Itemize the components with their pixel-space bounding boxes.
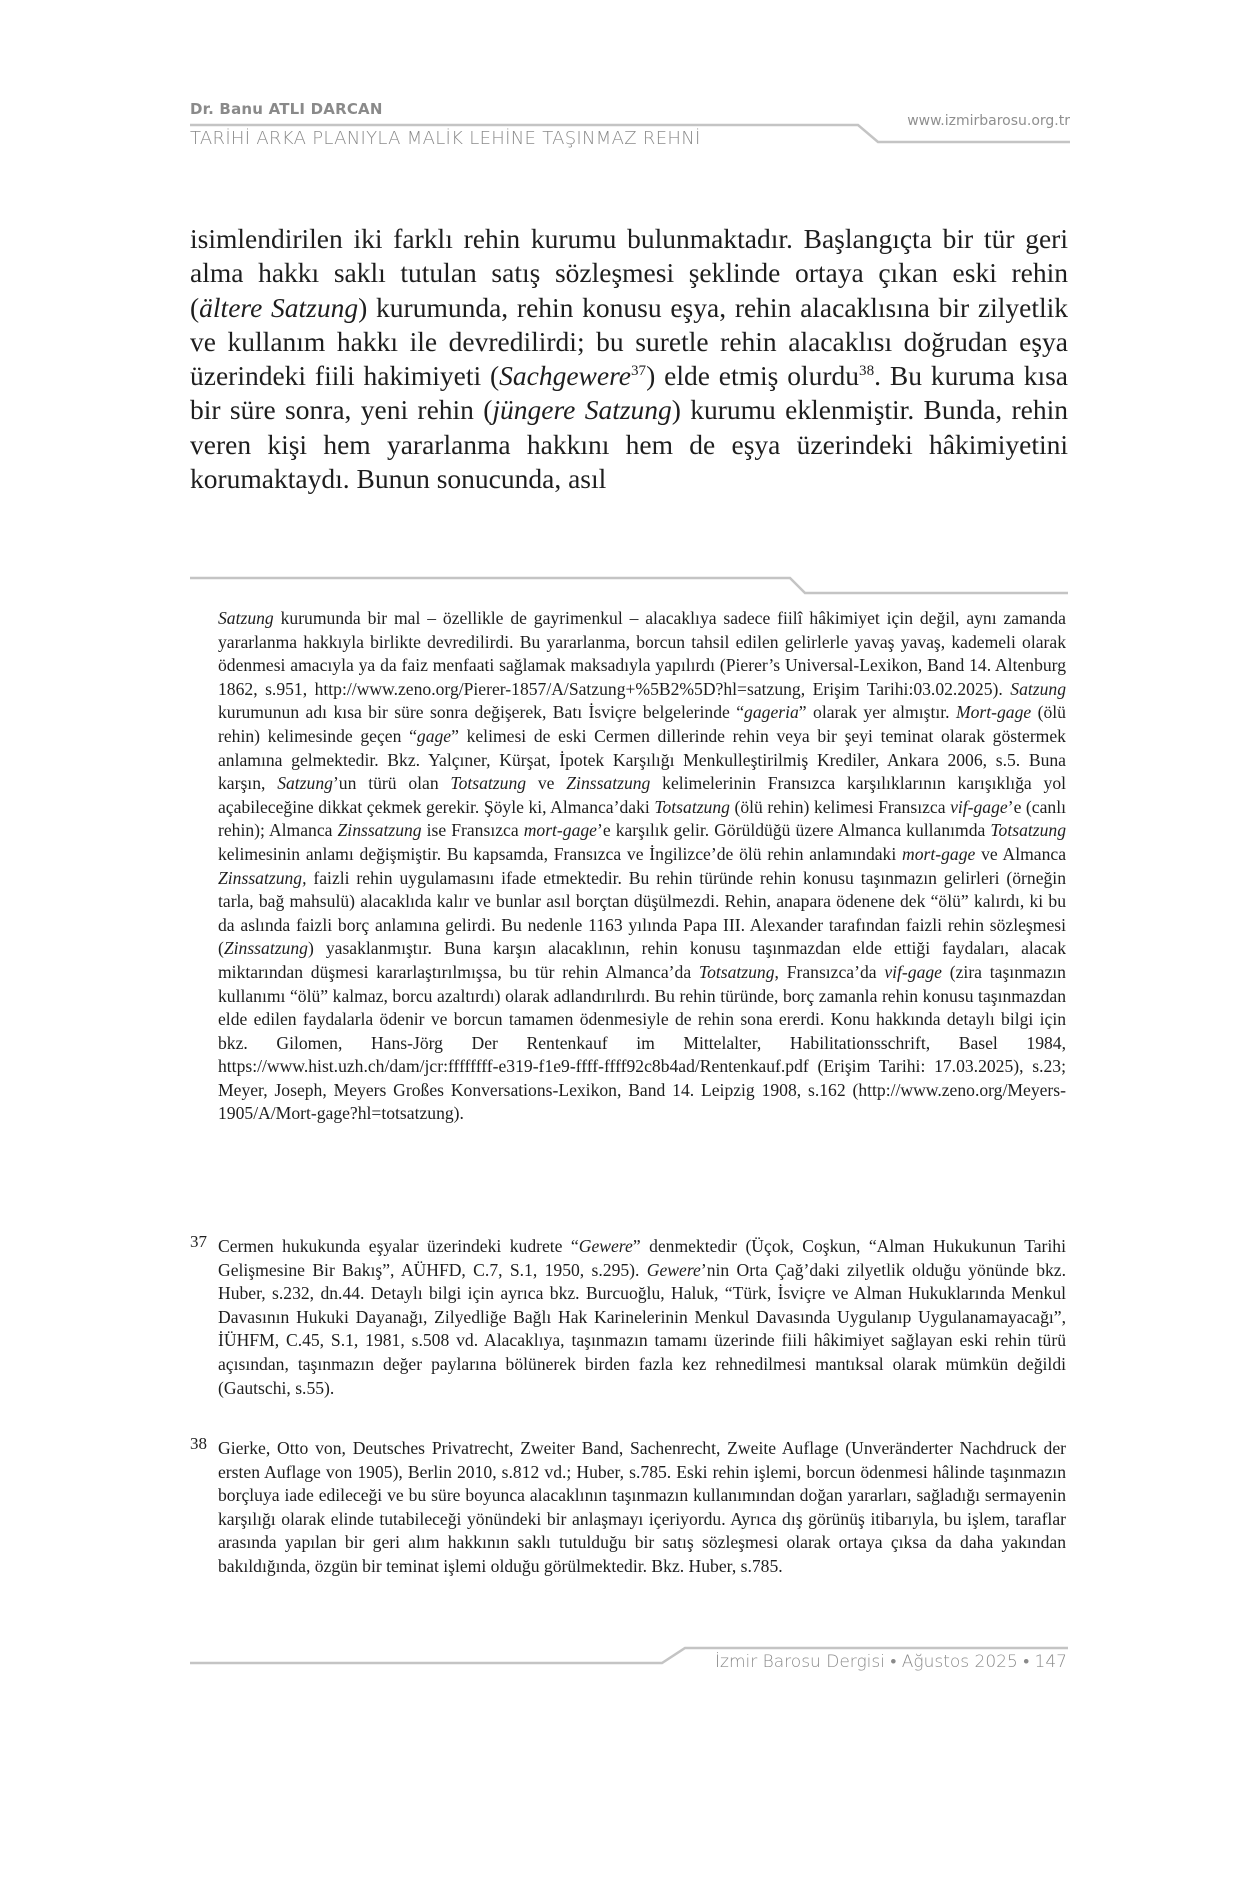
footnote-continued: Satzung kurumunda bir mal – özellikle de…	[218, 607, 1066, 1126]
body-paragraph: isimlendirilen iki farklı rehin kurumu b…	[190, 222, 1068, 496]
footnote-38: 38 Gierke, Otto von, Deutsches Privatrec…	[190, 1437, 1066, 1579]
footnote-number: 38	[190, 1432, 207, 1456]
footnote-ref-38[interactable]: 38	[859, 363, 874, 379]
body-text: isimlendirilen iki farklı rehin kurumu b…	[190, 222, 1068, 496]
footnote-37: 37 Cermen hukukunda eşyalar üzerindeki k…	[190, 1235, 1066, 1400]
footnote-separator	[190, 578, 1068, 593]
footnote-number: 37	[190, 1230, 207, 1254]
header-rule	[190, 125, 1070, 142]
page-footer: İzmir Barosu Dergisi • Ağustos 2025 • 14…	[715, 1652, 1067, 1672]
footnote-ref-37[interactable]: 37	[631, 363, 646, 379]
